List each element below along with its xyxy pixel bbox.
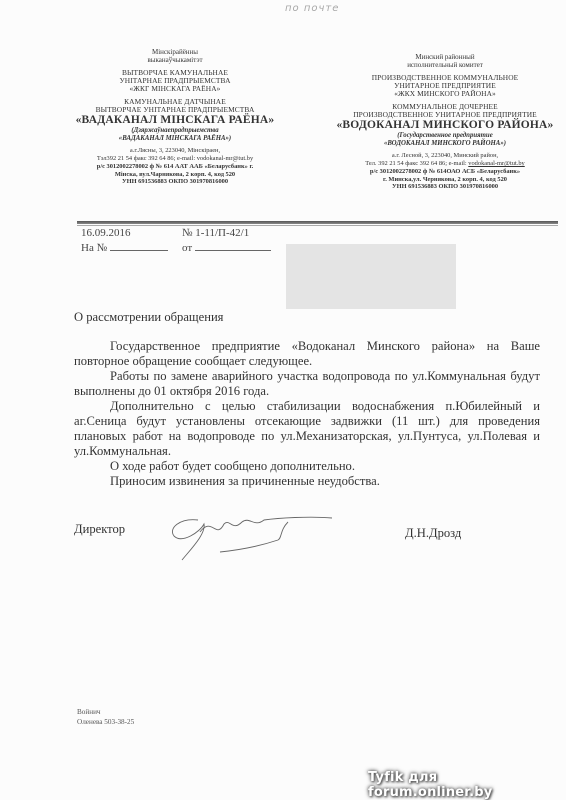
from-blank	[195, 240, 271, 251]
body-paragraph: О ходе работ будет сообщено дополнительн…	[74, 459, 540, 474]
letter-body: Государственное предприятие «Водоканал М…	[74, 339, 540, 489]
document-date: 16.09.2016	[81, 227, 131, 239]
body-paragraph: Дополнительно с целью стабилизации водос…	[74, 399, 540, 459]
executor-contact: Оленева 503-38-25	[77, 718, 134, 728]
executor-info: Войнич Оленева 503-38-25	[77, 708, 134, 727]
address: а.г. Лесной, 3, 223040, Минский район,	[322, 152, 566, 160]
handwritten-signature	[160, 510, 350, 570]
registration-ids: УНН 691536883 ОКПО 301970816000	[60, 178, 290, 186]
reference-date-field: от	[182, 240, 271, 254]
header-divider	[77, 221, 558, 224]
authority-line: выканаўчыкамітэт	[60, 57, 290, 65]
org-name: «ВАДАКАНАЛ МІНСКАГА РАЁНА»	[60, 114, 290, 127]
body-paragraph: Приносим извинения за причиненные неудоб…	[74, 474, 540, 489]
contacts: Тэл392 21 54 факс 392 64 86; e-mail: vod…	[60, 155, 290, 163]
redacted-addressee	[286, 244, 456, 309]
reference-number-field: На №	[81, 240, 168, 254]
parent-org-line: «ЖКГ МІНСКАГА РАЁНА»	[60, 85, 290, 93]
org-type-line: ВЫТВОРЧАЕ УНІТАРНАЕ ПРАДПРЫЕМСТВА	[60, 106, 290, 114]
authority-line: исполнительный комитет	[322, 62, 566, 70]
bank-details: г. Минска,ул. Чернякова, 2 корп. 4, код …	[322, 176, 566, 184]
alt-name: «ВАДАКАНАЛ МІНСКАГА РАЁНА»)	[60, 135, 290, 143]
bank-details: р/с 3012002278002 ф № 614ОАО АСБ «Белару…	[322, 168, 566, 176]
header-divider-thin	[77, 225, 558, 226]
reference-label: На №	[81, 242, 107, 254]
executor-name: Войнич	[77, 708, 134, 718]
from-label: от	[182, 242, 192, 254]
org-name: «ВОДОКАНАЛ МИНСКОГО РАЙОНА»	[322, 119, 566, 132]
body-paragraph: Государственное предприятие «Водоканал М…	[74, 339, 540, 369]
contacts-phone: Тел. 392 21 54 факс 392 64 86; e-mail:	[365, 160, 468, 167]
parent-org-line: «ЖКХ МИНСКОГО РАЙОНА»	[322, 90, 566, 98]
forum-watermark: Tyfik для forum.onliner.by	[368, 770, 566, 800]
document-number: № 1-11/П-42/1	[182, 227, 249, 239]
letterhead-belarusian: Мінскірайённы выканаўчыкамітэт ВЫТВОРЧАЕ…	[60, 49, 290, 186]
registration-ids: УНН 691536883 ОКПО 301970816000	[322, 183, 566, 191]
signatory-name: Д.Н.Дрозд	[405, 526, 461, 541]
alt-name: (Дзяржаўнаепрадпрыемства	[60, 127, 290, 135]
reference-blank	[110, 240, 168, 251]
email-link[interactable]: vodokanal-mr@tut.by	[468, 160, 524, 167]
contacts: Тел. 392 21 54 факс 392 64 86; e-mail: v…	[322, 160, 566, 168]
alt-name: «ВОДОКАНАЛ МИНСКОГО РАЙОНА»)	[322, 140, 566, 148]
body-paragraph: Работы по замене аварийного участка водо…	[74, 369, 540, 399]
address: а.г.Лясны, 3, 223040, Мінскіраен,	[60, 147, 290, 155]
alt-name: (Государственное предприятие	[322, 132, 566, 140]
letter-subject: О рассмотрении обращения	[74, 310, 223, 325]
handwritten-note: по почте	[285, 3, 339, 14]
signatory-title: Директор	[74, 522, 125, 537]
bank-details: р/с 3012002278002 ф № 614 ААТ ААБ «Белар…	[60, 163, 290, 171]
org-type-line: ПРОИЗВОДСТВЕННОЕ УНИТАРНОЕ ПРЕДПРИЯТИЕ	[322, 111, 566, 119]
letterhead-russian: Минский районный исполнительный комитет …	[322, 54, 566, 191]
bank-details: Мінска, вул.Чарнякова, 2 корп. 4, код 52…	[60, 171, 290, 179]
